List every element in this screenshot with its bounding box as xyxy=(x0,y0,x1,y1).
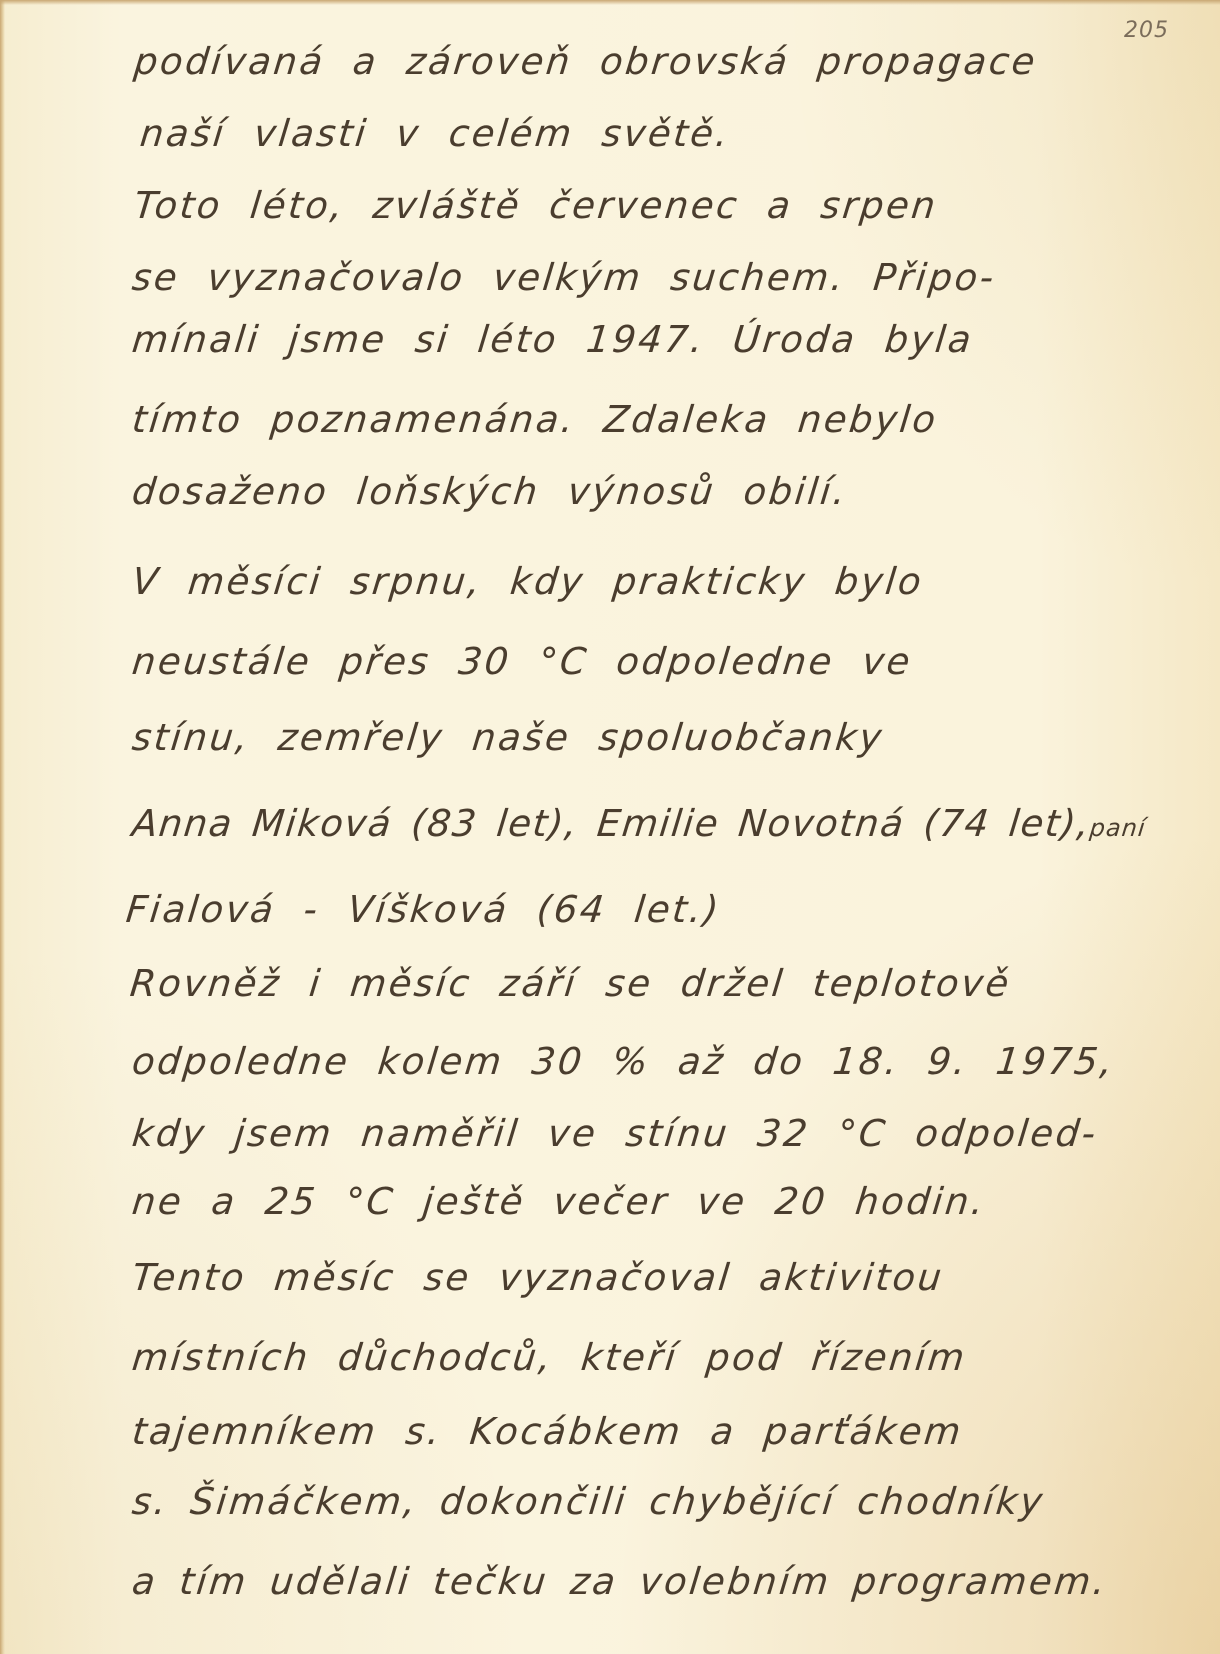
text-line-9: neustále přes 30 °C odpoledne ve xyxy=(130,640,914,683)
text-line-17: Tento měsíc se vyznačoval aktivitou xyxy=(130,1256,946,1299)
text-line-13: Rovněž i měsíc září se držel teplotově xyxy=(128,962,1013,1005)
text-line-11: Anna Miková (83 let), Emilie Novotná (74… xyxy=(130,802,1148,845)
text-line-20: s. Šimáčkem, dokončili chybějící chodník… xyxy=(130,1480,1047,1523)
text-line-14: odpoledne kolem 30 % až do 18. 9. 1975, xyxy=(130,1040,1117,1083)
text-line-5: mínali jsme si léto 1947. Úroda byla xyxy=(130,318,976,361)
text-line-15: kdy jsem naměřil ve stínu 32 °C odpoled- xyxy=(130,1112,1100,1155)
text-line-2: naší vlasti v celém světě. xyxy=(138,112,732,155)
text-line-18: místních důchodců, kteří pod řízením xyxy=(130,1336,969,1379)
text-line-11-main: Anna Miková (83 let), Emilie Novotná (74… xyxy=(130,802,1093,845)
text-line-8: V měsíci srpnu, kdy prakticky bylo xyxy=(130,560,926,603)
text-line-4: se vyznačovalo velkým suchem. Připo- xyxy=(130,256,998,299)
text-line-7: dosaženo loňských výnosů obilí. xyxy=(130,470,850,513)
text-line-21: a tím udělali tečku za volebním programe… xyxy=(130,1560,1110,1603)
handwritten-text-body: podívaná a zároveň obrovská propagace na… xyxy=(0,0,1220,1654)
text-line-12: Fialová - Víšková (64 let.) xyxy=(124,888,723,931)
text-line-16: ne a 25 °C ještě večer ve 20 hodin. xyxy=(130,1180,988,1223)
handwritten-chronicle-page: 205 podívaná a zároveň obrovská propagac… xyxy=(0,0,1220,1654)
text-line-6: tímto poznamenána. Zdaleka nebylo xyxy=(130,398,940,441)
text-line-19: tajemníkem s. Kocábkem a parťákem xyxy=(130,1410,965,1453)
text-line-3: Toto léto, zvláště červenec a srpen xyxy=(132,184,940,227)
text-line-10: stínu, zemřely naše spoluobčanky xyxy=(130,716,886,759)
text-line-1: podívaná a zároveň obrovská propagace xyxy=(132,40,1039,83)
inline-insert-pani: paní xyxy=(1088,814,1147,842)
